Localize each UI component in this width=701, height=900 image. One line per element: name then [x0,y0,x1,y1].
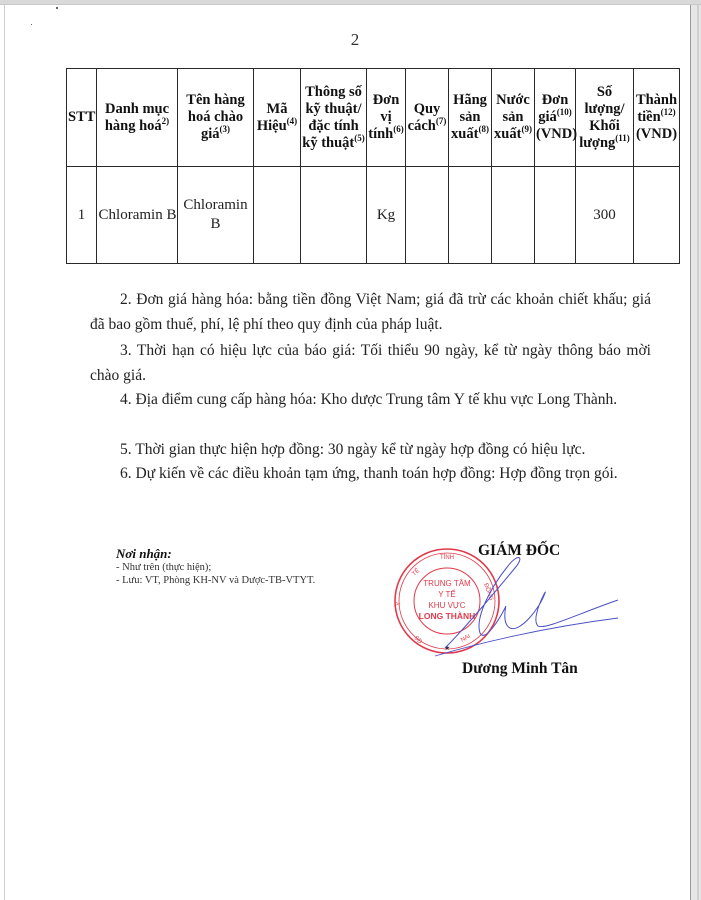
cell-quantity: 300 [576,167,634,264]
viewer-scrollbar[interactable] [690,5,701,900]
column-header: Mã Hiệu(4) [254,69,301,167]
condition-paragraph: 2. Đơn giá hàng hóa: bằng tiền đồng Việt… [90,288,651,337]
condition-paragraph: 5. Thời gian thực hiện hợp đồng: 30 ngày… [90,438,651,463]
cell-offer-name: Chloramin B [178,167,254,264]
column-header: STT [67,69,97,167]
condition-paragraph: 3. Thời hạn có hiệu lực của báo giá: Tối… [90,339,651,388]
svg-text:Y: Y [396,602,402,607]
column-header: Đơn giá(10)(VND) [535,69,576,167]
column-header: Quy cách(7) [406,69,449,167]
cell-unit: Kg [367,167,406,264]
items-table: STTDanh mục hàng hoá2)Tên hàng hoá chào … [66,68,680,264]
condition-paragraph: 6. Dự kiến về các điều khoản tạm ứng, th… [90,462,651,487]
recipient-item: - Như trên (thực hiện); [116,561,315,574]
condition-paragraph: 4. Địa điểm cung cấp hàng hóa: Kho dược … [90,388,651,413]
column-header: Nước sản xuất(9) [492,69,535,167]
column-header: Đơn vị tính(6) [367,69,406,167]
cell-country [492,167,535,264]
cell-total [634,167,680,264]
cell-unit-price [535,167,576,264]
cell-manufacturer [449,167,492,264]
cell-code [254,167,301,264]
cell-category: Chloramin B [97,167,178,264]
cell-packing [406,167,449,264]
signer-title: GIÁM ĐỐC [478,542,560,560]
recipients-block: Nơi nhận: - Như trên (thực hiện); - Lưu:… [116,546,315,587]
cell-stt: 1 [67,167,97,264]
table-header-row: STTDanh mục hàng hoá2)Tên hàng hoá chào … [67,69,680,167]
cell-specs [301,167,367,264]
scan-speck [31,24,32,25]
column-header: Hãng sản xuất(8) [449,69,492,167]
column-header: Thông số kỹ thuật/đặc tính kỹ thuật(5) [301,69,367,167]
recipient-item: - Lưu: VT, Phòng KH-NV và Dược-TB-VTYT. [116,574,315,587]
column-header: Danh mục hàng hoá2) [97,69,178,167]
recipients-title: Nơi nhận: [116,546,315,561]
column-header: Số lượng/ Khối lượng(11) [576,69,634,167]
column-header: Tên hàng hoá chào giá(3) [178,69,254,167]
page-number: 2 [340,30,370,50]
scan-speck [56,7,58,9]
column-header: Thành tiền(12)(VND) [634,69,680,167]
table-row: 1Chloramin BChloramin BKg300 [67,167,680,264]
handwritten-signature [420,548,620,658]
signer-name: Dương Minh Tân [462,660,578,678]
